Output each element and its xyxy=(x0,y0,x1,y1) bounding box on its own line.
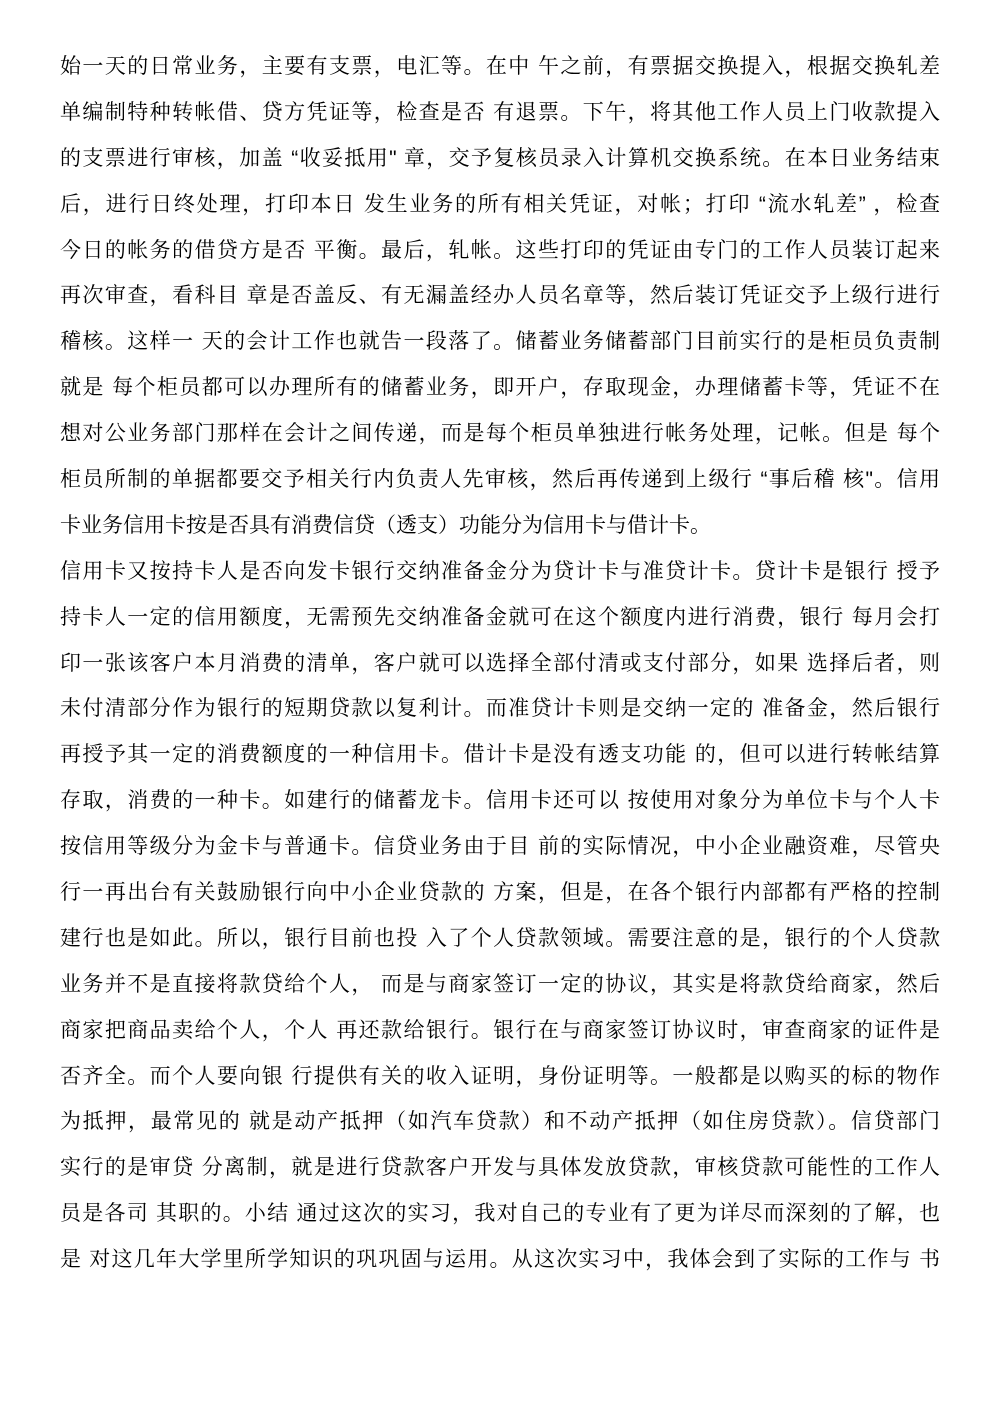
text-line: 员是各司 其职的。小结 通过这次的实习，我对自己的专业有了更为详尽而深刻的了解，… xyxy=(60,1191,940,1237)
text-line: 柜员所制的单据都要交予相关行内负责人先审核，然后再传递到上级行 “事后稽 核"。… xyxy=(60,457,940,503)
text-line: 商家把商品卖给个人，个人 再还款给银行。银行在与商家签订协议时，审查商家的证件是 xyxy=(60,1008,940,1054)
text-line: 再次审查，看科目 章是否盖反、有无漏盖经办人员名章等，然后装订凭证交予上级行进行 xyxy=(60,273,940,319)
text-line: 业务并不是直接将款贷给个人， 而是与商家签订一定的协议，其实是将款贷给商家，然后 xyxy=(60,962,940,1008)
text-line: 为抵押，最常见的 就是动产抵押（如汽车贷款）和不动产抵押（如住房贷款）。信贷部门 xyxy=(60,1099,940,1145)
text-line: 行一再出台有关鼓励银行向中小企业贷款的 方案，但是，在各个银行内部都有严格的控制 xyxy=(60,870,940,916)
text-line: 否齐全。而个人要向银 行提供有关的收入证明，身份证明等。一般都是以购买的标的物作 xyxy=(60,1054,940,1100)
text-line: 单编制特种转帐借、贷方凭证等，检查是否 有退票。下午，将其他工作人员上门收款提入 xyxy=(60,90,940,136)
text-line: 建行也是如此。所以，银行目前也投 入了个人贷款领域。需要注意的是，银行的个人贷款 xyxy=(60,916,940,962)
text-line: 想对公业务部门那样在会计之间传递，而是每个柜员单独进行帐务处理，记帐。但是 每个 xyxy=(60,411,940,457)
text-line: 再授予其一定的消费额度的一种信用卡。借计卡是没有透支功能 的，但可以进行转帐结算 xyxy=(60,732,940,778)
text-line: 存取，消费的一种卡。如建行的储蓄龙卡。信用卡还可以 按使用对象分为单位卡与个人卡 xyxy=(60,778,940,824)
text-line: 始一天的日常业务，主要有支票，电汇等。在中 午之前，有票据交换提入，根据交换轧差 xyxy=(60,44,940,90)
document-page: 始一天的日常业务，主要有支票，电汇等。在中 午之前，有票据交换提入，根据交换轧差… xyxy=(0,0,1000,1415)
text-line: 持卡人一定的信用额度，无需预先交纳准备金就可在这个额度内进行消费，银行 每月会打 xyxy=(60,595,940,641)
text-line: 就是 每个柜员都可以办理所有的储蓄业务，即开户，存取现金，办理储蓄卡等，凭证不在 xyxy=(60,365,940,411)
text-line: 后，进行日终处理，打印本日 发生业务的所有相关凭证，对帐；打印 “流水轧差” ，… xyxy=(60,182,940,228)
text-line: 信用卡又按持卡人是否向发卡银行交纳准备金分为贷计卡与准贷计卡。贷计卡是银行 授予 xyxy=(60,549,940,595)
paragraph-1: 始一天的日常业务，主要有支票，电汇等。在中 午之前，有票据交换提入，根据交换轧差… xyxy=(60,44,940,549)
text-line: 未付清部分作为银行的短期贷款以复利计。而准贷计卡则是交纳一定的 准备金，然后银行 xyxy=(60,686,940,732)
text-line: 印一张该客户本月消费的清单，客户就可以选择全部付清或支付部分，如果 选择后者，则 xyxy=(60,641,940,687)
text-line: 今日的帐务的借贷方是否 平衡。最后，轧帐。这些打印的凭证由专门的工作人员装订起来 xyxy=(60,228,940,274)
text-line: 的支票进行审核，加盖 “收妥抵用" 章，交予复核员录入计算机交换系统。在本日业务… xyxy=(60,136,940,182)
text-line: 实行的是审贷 分离制，就是进行贷款客户开发与具体发放贷款，审核贷款可能性的工作人 xyxy=(60,1145,940,1191)
paragraph-2: 信用卡又按持卡人是否向发卡银行交纳准备金分为贷计卡与准贷计卡。贷计卡是银行 授予… xyxy=(60,549,940,1283)
text-line: 是 对这几年大学里所学知识的巩巩固与运用。从这次实习中，我体会到了实际的工作与 … xyxy=(60,1237,940,1283)
text-line: 按信用等级分为金卡与普通卡。信贷业务由于目 前的实际情况，中小企业融资难，尽管央 xyxy=(60,824,940,870)
text-block: 始一天的日常业务，主要有支票，电汇等。在中 午之前，有票据交换提入，根据交换轧差… xyxy=(60,44,940,1283)
text-line-paragraph-end: 卡业务信用卡按是否具有消费信贷（透支）功能分为信用卡与借计卡。 xyxy=(60,503,940,549)
text-line: 稽核。这样一 天的会计工作也就告一段落了。储蓄业务储蓄部门目前实行的是柜员负责制 xyxy=(60,319,940,365)
